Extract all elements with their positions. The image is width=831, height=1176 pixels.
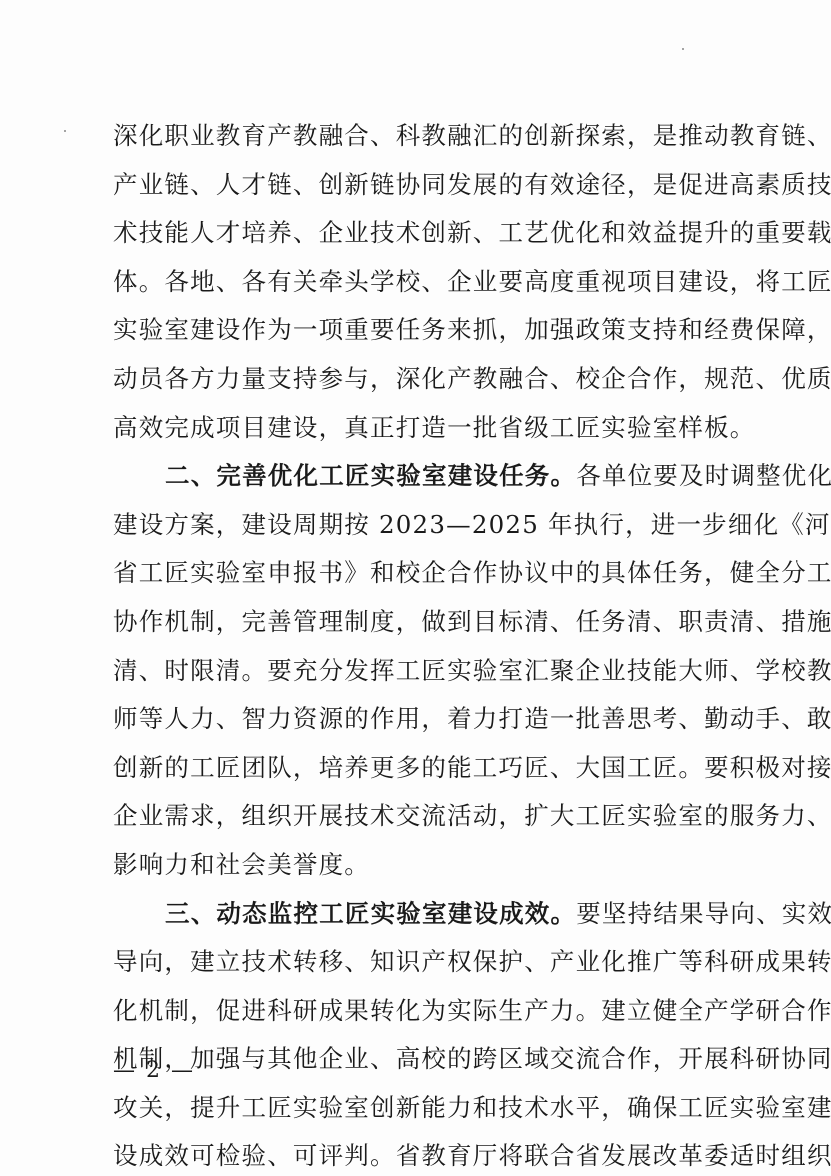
page-number: — 2 — bbox=[113, 1056, 195, 1086]
text-line: 创新的工匠团队，培养更多的能工巧匠、大国工匠。要积极对接 bbox=[113, 744, 803, 793]
text-line: 实验室建设作为一项重要任务来抓，加强政策支持和经费保障， bbox=[113, 306, 803, 355]
section-heading: 二、完善优化工匠实验室建设任务。 bbox=[165, 461, 576, 490]
section-three-first-line: 三、动态监控工匠实验室建设成效。要坚持结果导向、实效 bbox=[113, 890, 803, 939]
text-line: 体。各地、各有关牵头学校、企业要高度重视项目建设，将工匠 bbox=[113, 258, 803, 307]
text-line: 术技能人才培养、企业技术创新、工艺优化和效益提升的重要载 bbox=[113, 209, 803, 258]
text-span: 要坚持结果导向、实效 bbox=[576, 899, 831, 928]
text-line: 师等人力、智力资源的作用，着力打造一批善思考、勤动手、敢 bbox=[113, 695, 803, 744]
text-line: 企业需求，组织开展技术交流活动，扩大工匠实验室的服务力、 bbox=[113, 792, 803, 841]
text-line: 高效完成项目建设，真正打造一批省级工匠实验室样板。 bbox=[113, 404, 803, 453]
text-line: 清、时限清。要充分发挥工匠实验室汇聚企业技能大师、学校教 bbox=[113, 647, 803, 696]
text-line: 动员各方力量支持参与，深化产教融合、校企合作，规范、优质、 bbox=[113, 355, 803, 404]
text-line: 设成效可检验、可评判。省教育厅将联合省发展改革委适时组织 bbox=[113, 1132, 803, 1176]
body-text: 深化职业教育产教融合、科教融汇的创新探索，是推动教育链、 产业链、人才链、创新链… bbox=[113, 112, 803, 1176]
text-line: 攻关，提升工匠实验室创新能力和技术水平，确保工匠实验室建 bbox=[113, 1084, 803, 1133]
section-two-first-line: 二、完善优化工匠实验室建设任务。各单位要及时调整优化 bbox=[113, 452, 803, 501]
scan-speck bbox=[682, 48, 684, 50]
text-line: 建设方案，建设周期按 2023—2025 年执行，进一步细化《河南 bbox=[113, 501, 803, 550]
scan-speck bbox=[326, 1102, 328, 1104]
section-heading: 三、动态监控工匠实验室建设成效。 bbox=[165, 899, 576, 928]
text-line: 化机制，促进科研成果转化为实际生产力。建立健全产学研合作 bbox=[113, 987, 803, 1036]
document-page: 深化职业教育产教融合、科教融汇的创新探索，是推动教育链、 产业链、人才链、创新链… bbox=[0, 0, 831, 1176]
text-line: 协作机制，完善管理制度，做到目标清、任务清、职责清、措施 bbox=[113, 598, 803, 647]
text-line: 机制，加强与其他企业、高校的跨区域交流合作，开展科研协同 bbox=[113, 1035, 803, 1084]
text-line: 省工匠实验室申报书》和校企合作协议中的具体任务，健全分工 bbox=[113, 549, 803, 598]
text-line: 导向，建立技术转移、知识产权保护、产业化推广等科研成果转 bbox=[113, 938, 803, 987]
text-line: 产业链、人才链、创新链协同发展的有效途径，是促进高素质技 bbox=[113, 161, 803, 210]
text-line: 深化职业教育产教融合、科教融汇的创新探索，是推动教育链、 bbox=[113, 112, 803, 161]
scan-speck bbox=[64, 130, 66, 132]
text-line: 影响力和社会美誉度。 bbox=[113, 841, 803, 890]
text-span: 各单位要及时调整优化 bbox=[576, 461, 831, 490]
